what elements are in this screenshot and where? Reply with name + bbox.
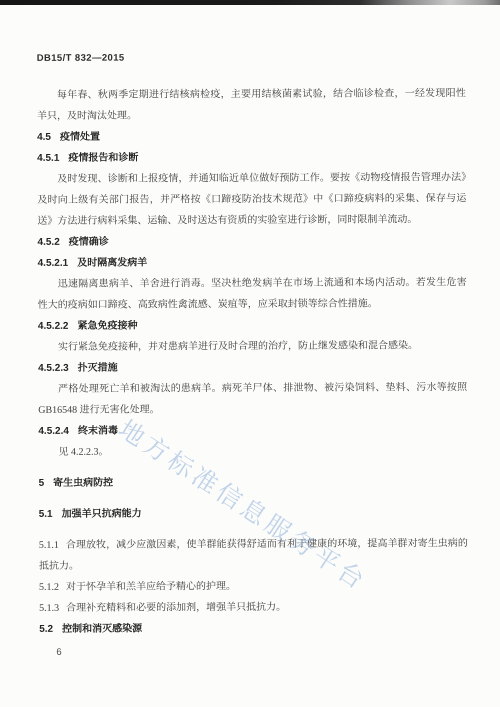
section-heading: 4.5.1疫情报告和诊断 xyxy=(37,146,466,169)
clause-text: 寄生虫病防控 xyxy=(53,478,113,489)
clause-number: 4.5.2.4 xyxy=(38,426,69,437)
clause-text: 加强羊只抗病能力 xyxy=(62,508,142,519)
clause-text: 疫情处置 xyxy=(60,132,100,143)
paragraph: 5.1.2对于怀孕羊和羔羊应给予精心的护理。 xyxy=(39,575,468,598)
section-heading: 4.5.2.4终末消毒 xyxy=(38,419,467,442)
clause-text: 及时隔离发病羊 xyxy=(77,257,147,268)
clause-number: 4.5.1 xyxy=(37,153,59,164)
clause-text: 紧急免疫接种 xyxy=(77,320,137,331)
clause-number: 5.2 xyxy=(39,624,53,635)
section-heading: 4.5.2.3扑灭措施 xyxy=(38,356,467,379)
clause-text: 疫情确诊 xyxy=(69,237,109,248)
paragraph: 每年春、秋两季定期进行结核病检疫，主要用结核菌素试验，结合临诊检查，一经发现阳性… xyxy=(37,83,466,127)
clause-text: 合理补充精料和必要的添加剂，增强羊只抵抗力。 xyxy=(66,602,286,614)
clause-number: 4.5 xyxy=(37,132,51,143)
section-heading: 4.5.2.2紧急免疫接种 xyxy=(38,314,467,337)
paragraph: 见 4.2.2.3。 xyxy=(38,440,467,463)
section-heading: 4.5.2.1及时隔离发病羊 xyxy=(38,251,467,274)
clause-number: 4.5.2.3 xyxy=(38,363,69,374)
clause-number: 5.1 xyxy=(39,509,53,520)
clause-text: 扑灭措施 xyxy=(78,363,118,374)
clause-text: 合理放牧，减少应激因素，使羊群能获得舒适而有利于健康的环境，提高羊群对寄生虫病的… xyxy=(39,538,468,572)
paragraph: 实行紧急免疫接种，并对患病羊进行及时合理的治疗，防止继发感染和混合感染。 xyxy=(38,335,467,358)
clause-number: 4.5.2.2 xyxy=(38,321,69,332)
scanned-document-page: DB15/T 832—2015 每年春、秋两季定期进行结核病检疫，主要用结核菌素… xyxy=(0,0,500,707)
clause-text: 对于怀孕羊和羔羊应给予精心的护理。 xyxy=(66,581,236,593)
section-heading: 5.2控制和消灭感染源 xyxy=(39,617,468,640)
paragraph: 5.1.3合理补充精料和必要的添加剂，增强羊只抵抗力。 xyxy=(39,596,468,619)
paragraph: 5.1.1合理放牧，减少应激因素，使羊群能获得舒适而有利于健康的环境，提高羊群对… xyxy=(39,533,468,577)
section-heading: 4.5.2疫情确诊 xyxy=(37,230,466,253)
paragraph: 及时发现、诊断和上报疫情，并通知临近单位做好预防工作。要按《动物疫情报告管理办法… xyxy=(37,167,466,232)
page-tilt-wrapper: DB15/T 832—2015 每年春、秋两季定期进行结核病检疫，主要用结核菌素… xyxy=(0,0,500,707)
paragraph: 迅速隔离患病羊、羊舍进行消毒。坚决杜绝发病羊在市场上流通和本场内活动。若发生危害… xyxy=(38,272,467,316)
section-heading: 5寄生虫病防控 xyxy=(39,471,468,494)
clause-number: 5.1.3 xyxy=(39,603,59,614)
clause-number: 5.1.1 xyxy=(39,540,59,551)
standard-number-header: DB15/T 832—2015 xyxy=(37,53,125,64)
clause-number: 4.5.2 xyxy=(37,237,59,248)
document-body: 每年春、秋两季定期进行结核病检疫，主要用结核菌素试验，结合临诊检查，一经发现阳性… xyxy=(37,83,468,640)
paragraph: 严格处理死亡羊和被淘汰的患病羊。病死羊尸体、排泄物、被污染饲料、垫料、污水等按照… xyxy=(38,377,467,421)
section-heading: 4.5疫情处置 xyxy=(37,125,466,148)
section-heading: 5.1加强羊只抗病能力 xyxy=(39,502,468,525)
clause-text: 控制和消灭感染源 xyxy=(62,623,142,634)
clause-number: 4.5.2.1 xyxy=(38,258,69,269)
clause-text: 终末消毒 xyxy=(78,426,118,437)
clause-number: 5.1.2 xyxy=(39,582,59,593)
clause-number: 5 xyxy=(39,478,45,489)
clause-text: 疫情报告和诊断 xyxy=(68,152,138,163)
page-number: 6 xyxy=(56,647,61,658)
